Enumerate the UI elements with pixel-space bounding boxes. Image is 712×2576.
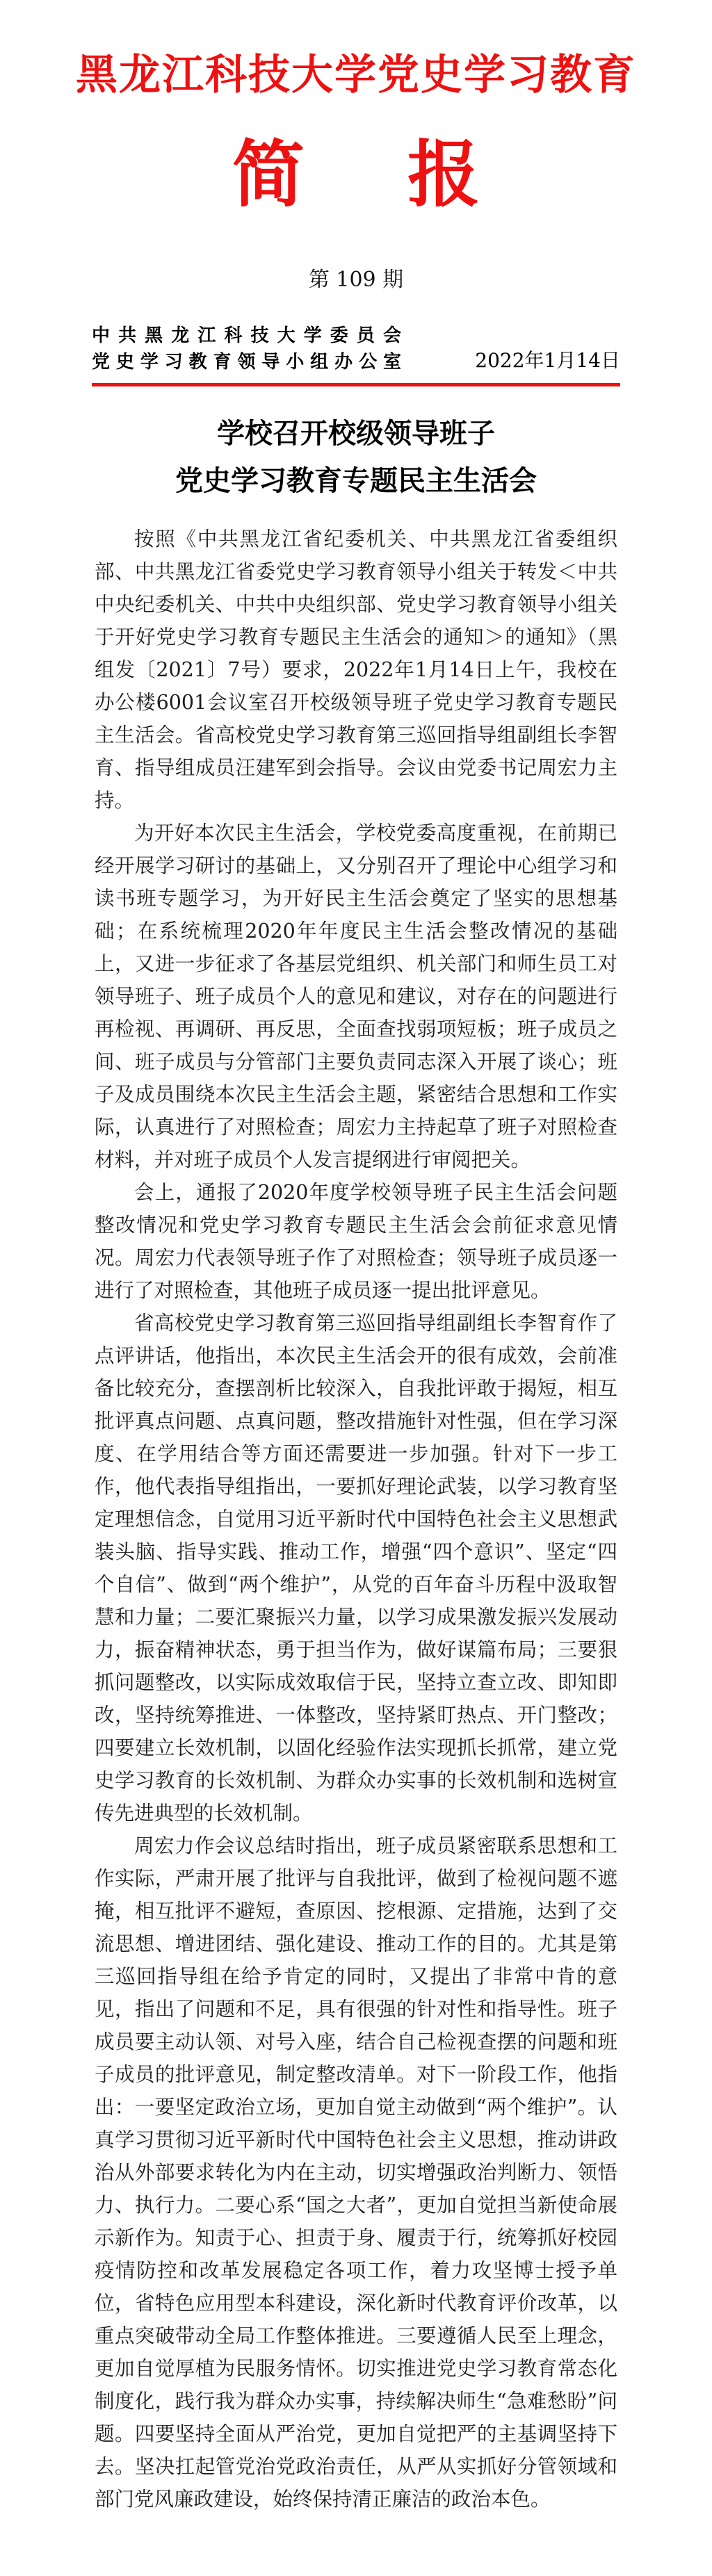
brief-title-char-1: 简 xyxy=(232,131,305,217)
brief-title: 简报 xyxy=(0,138,712,211)
paragraph: 周宏力作会议总结时指出，班子成员紧密联系思想和工作实际，严肃开展了批评与自我批评… xyxy=(95,1829,617,2516)
paragraph: 按照《中共黑龙江省纪委机关、中共黑龙江省委组织部、中共黑龙江省委党史学习教育领导… xyxy=(95,523,617,817)
red-divider-rule xyxy=(92,383,620,386)
paragraph: 省高校党史学习教育第三巡回指导组副组长李智育作了点评讲话，他指出，本次民主生活会… xyxy=(95,1307,617,1829)
publish-date: 2022年1月14日 xyxy=(475,345,620,375)
publisher-org-line-2: 党史学习教育领导小组办公室 xyxy=(92,348,401,375)
article-title-line-1: 学校召开校级领导班子 xyxy=(0,410,712,457)
brief-title-char-2: 报 xyxy=(407,131,480,217)
article-title-line-2: 党史学习教育专题民主生活会 xyxy=(0,457,712,505)
masthead-title: 黑龙江科技大学党史学习教育 xyxy=(0,52,712,98)
publisher-row: 中共黑龙江科技大学委员会 党史学习教育领导小组办公室 2022年1月14日 xyxy=(92,322,620,375)
publisher-org-line-1: 中共黑龙江科技大学委员会 xyxy=(92,322,401,348)
publisher-org: 中共黑龙江科技大学委员会 党史学习教育领导小组办公室 xyxy=(92,322,401,375)
paragraph: 会上，通报了2020年度学校领导班子民主生活会问题整改情况和党史学习教育专题民主… xyxy=(95,1176,617,1307)
paragraph: 为开好本次民主生活会，学校党委高度重视，在前期已经开展学习研讨的基础上，又分别召… xyxy=(95,817,617,1176)
article-title: 学校召开校级领导班子 党史学习教育专题民主生活会 xyxy=(0,410,712,505)
issue-number: 第 109 期 xyxy=(0,266,712,294)
article-body: 按照《中共黑龙江省纪委机关、中共黑龙江省委组织部、中共黑龙江省委党史学习教育领导… xyxy=(95,523,617,2516)
bulletin-page: 黑龙江科技大学党史学习教育 简报 第 109 期 中共黑龙江科技大学委员会 党史… xyxy=(0,0,712,2576)
